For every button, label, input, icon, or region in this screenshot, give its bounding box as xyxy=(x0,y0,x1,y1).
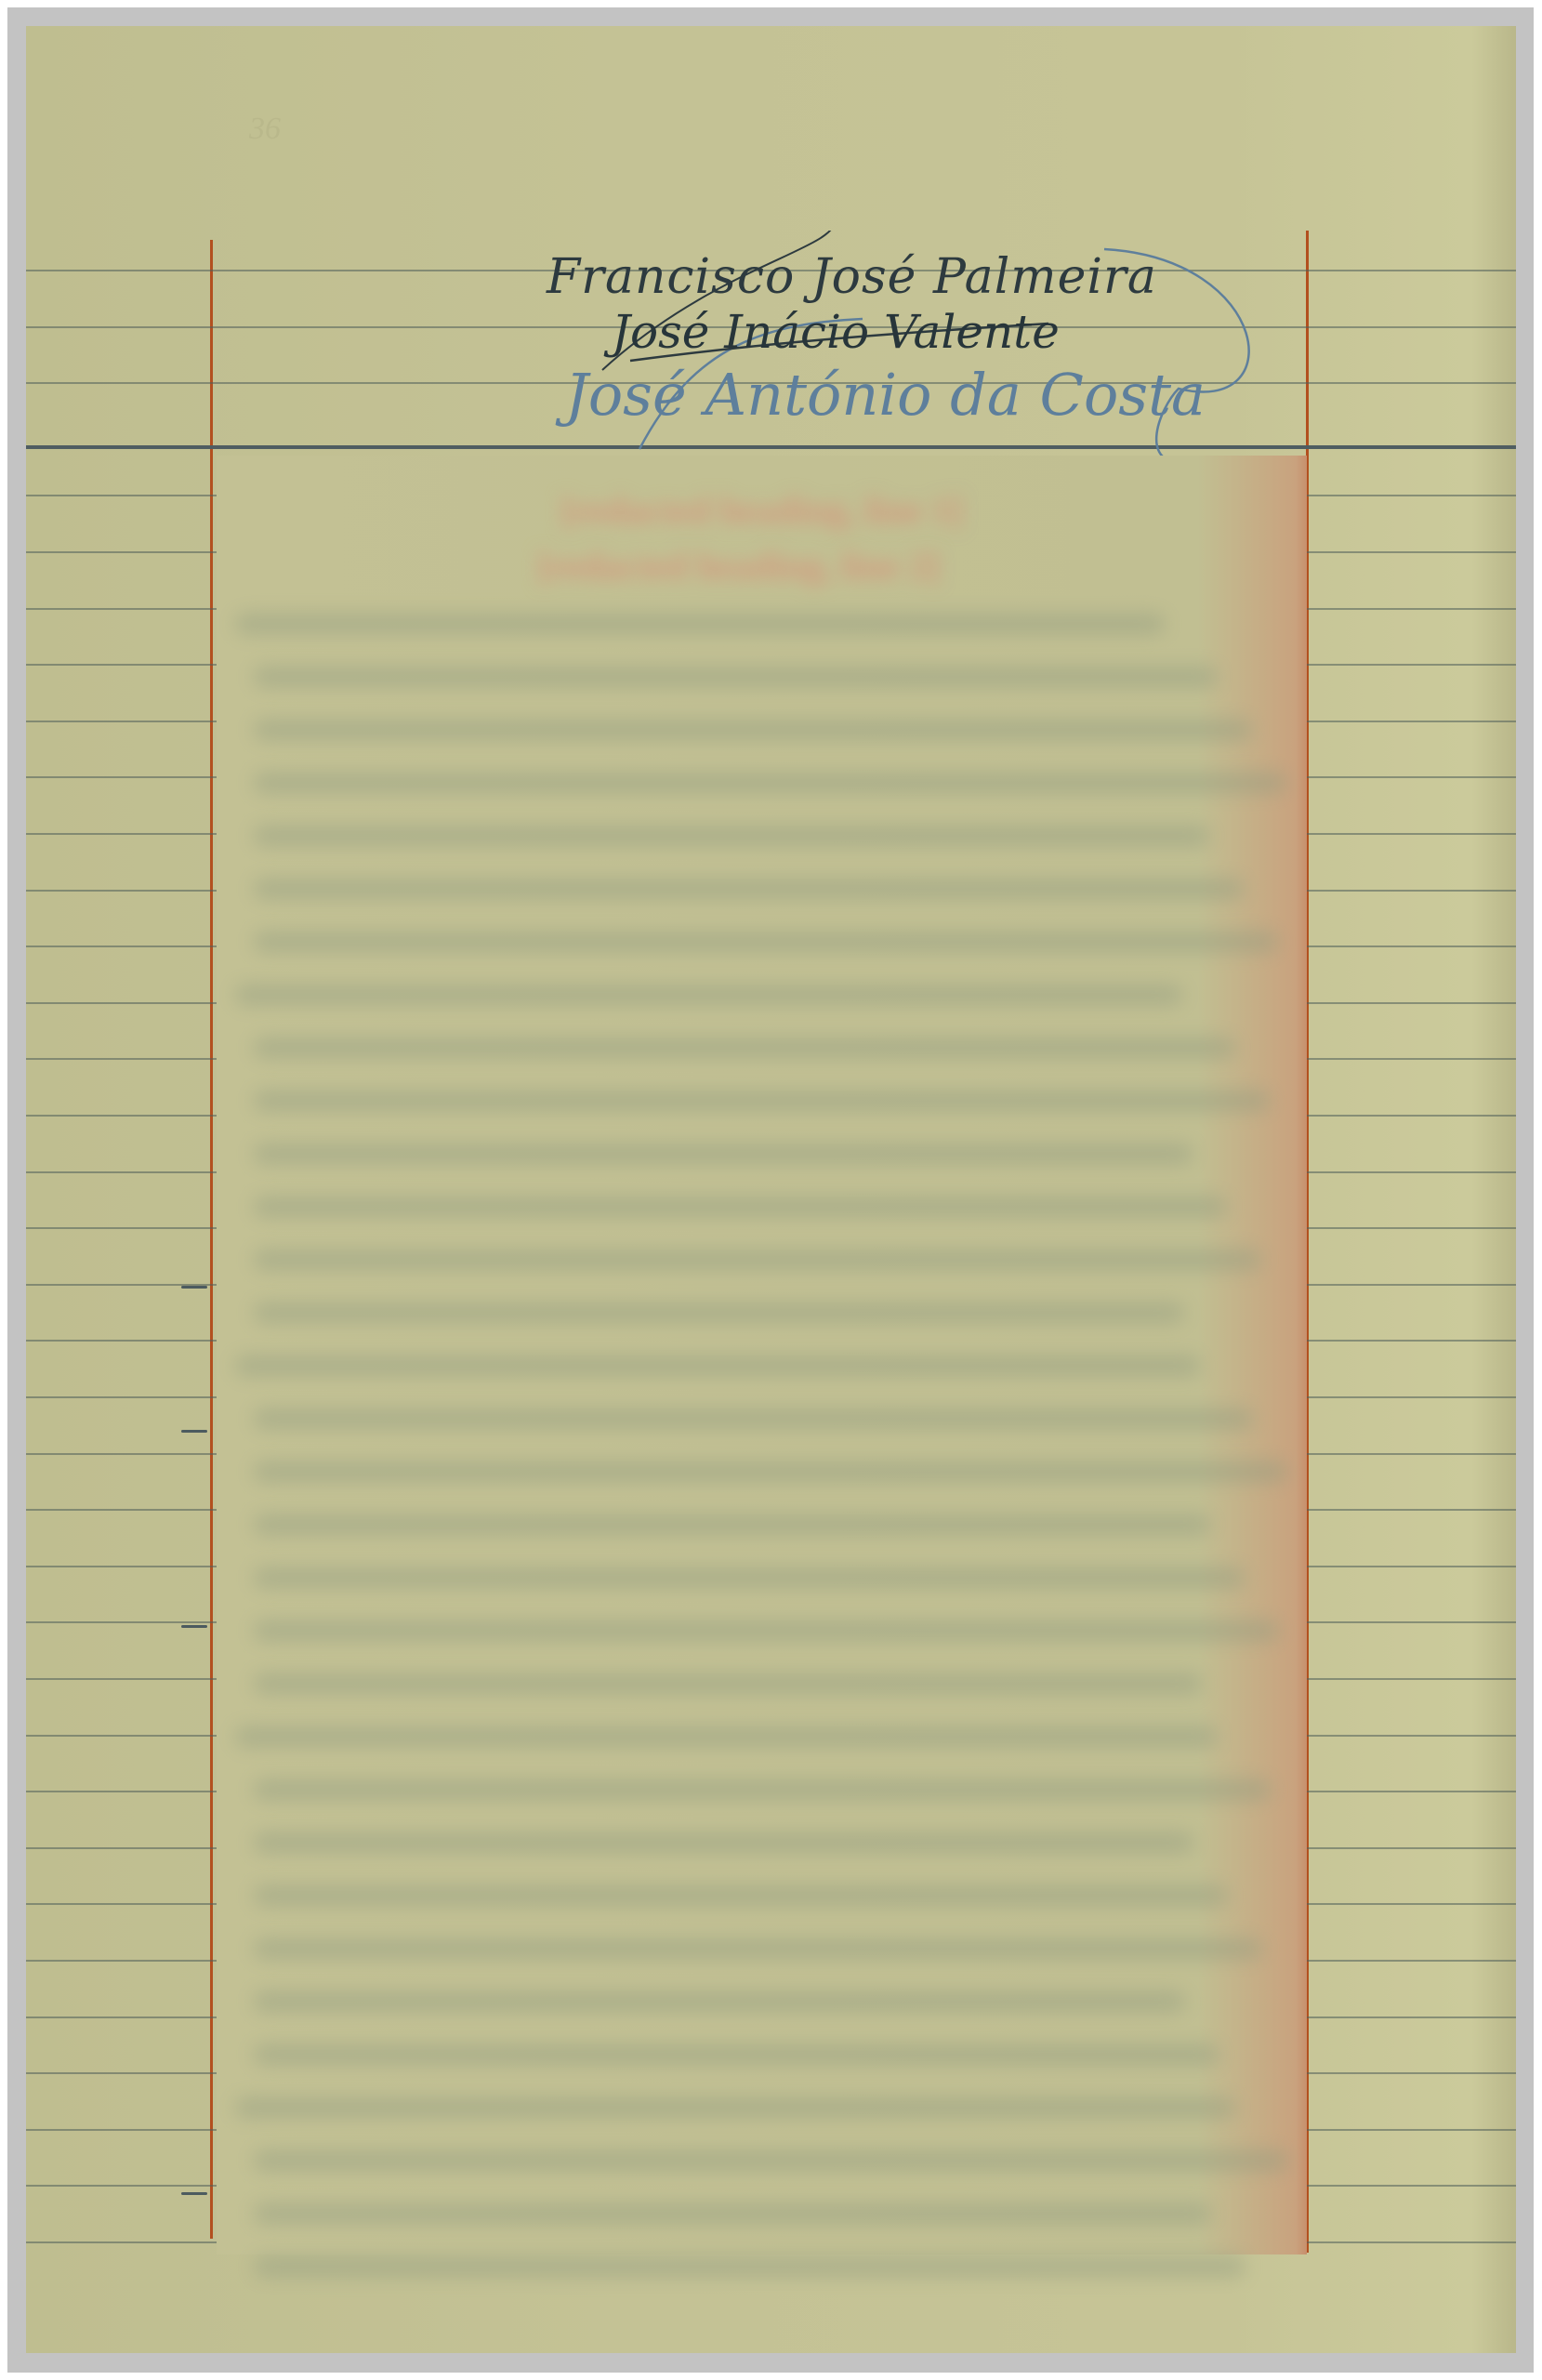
redacted-text-line xyxy=(254,2044,1219,2065)
redacted-text-line xyxy=(254,773,1286,793)
heading-line-2: [redacted heading, line 2] xyxy=(310,544,1167,588)
redacted-text-line xyxy=(254,2203,1211,2224)
redacted-text-line xyxy=(254,1038,1235,1058)
redacted-text-line xyxy=(235,614,1165,634)
redacted-text-line xyxy=(254,1514,1210,1535)
redacted-text-line xyxy=(235,1726,1218,1747)
redacted-text-line xyxy=(254,1091,1270,1111)
redacted-text-line xyxy=(254,1620,1279,1641)
redacted-text-line xyxy=(254,1302,1184,1323)
redacted-text-line xyxy=(254,1938,1262,1959)
signature-3: José António da Costa xyxy=(565,361,1206,429)
signature-1: Francisco José Palmeira xyxy=(547,249,1157,305)
redacted-text-line xyxy=(254,1408,1253,1429)
redacted-text-line xyxy=(254,879,1244,899)
redacted-text-line xyxy=(254,1461,1287,1482)
redacted-text-line xyxy=(254,2150,1288,2171)
redacted-text-line xyxy=(254,1885,1228,1906)
redacted-text-line xyxy=(254,667,1218,687)
left-margin-line xyxy=(210,240,213,2239)
redacted-text-line xyxy=(254,1991,1185,2012)
redacted-text-line xyxy=(254,1673,1202,1694)
redacted-text-line xyxy=(235,985,1182,1005)
redacted-text-line xyxy=(254,826,1209,846)
redacted-text-line xyxy=(254,1249,1261,1270)
redacted-text-line xyxy=(254,1567,1245,1588)
redacted-text-line xyxy=(254,1832,1193,1853)
margin-tick-mark xyxy=(181,1286,207,1289)
redacted-body-region: [redacted heading, line 1] [redacted hea… xyxy=(217,456,1307,2254)
heading-line-1: [redacted heading, line 1] xyxy=(217,488,1307,532)
redacted-text-line xyxy=(235,1355,1200,1376)
redacted-text-line xyxy=(254,932,1278,952)
redacted-text-line xyxy=(235,2097,1235,2118)
signature-2: José Inácio Valente xyxy=(612,305,1060,359)
margin-tick-mark xyxy=(181,1430,207,1433)
redacted-text-line xyxy=(254,720,1252,740)
ledger-page: 36 Francisco José Palmeira José Inácio V… xyxy=(26,26,1516,2353)
signature-block: Francisco José Palmeira José Inácio Vale… xyxy=(528,231,1272,482)
page-number: 36 xyxy=(249,112,281,147)
redacted-text-line xyxy=(254,1144,1193,1164)
redacted-text-line xyxy=(254,1197,1227,1217)
margin-tick-mark xyxy=(181,2192,207,2195)
margin-tick-mark xyxy=(181,1625,207,1628)
redacted-text-line xyxy=(254,2256,1245,2277)
redacted-text-line xyxy=(254,1779,1271,1800)
